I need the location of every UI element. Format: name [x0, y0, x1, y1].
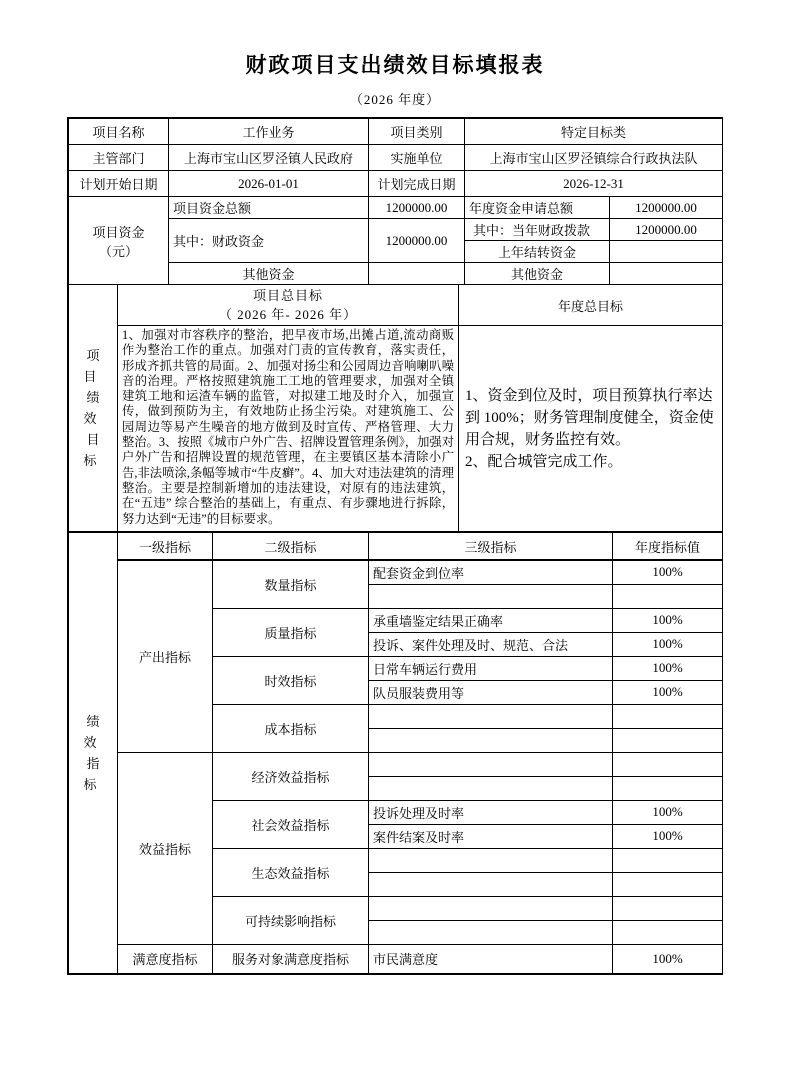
project-category-label: 项目类别: [369, 119, 465, 145]
column-header-annual-value: 年度指标值: [613, 532, 723, 560]
table-row: 主管部门 上海市宝山区罗泾镇人民政府 实施单位 上海市宝山区罗泾镇综合行政执法队: [69, 145, 723, 171]
table-row: 效益指标 经济效益指标: [69, 752, 723, 776]
performance-goal-table: 项目 绩效 目标 项目总目标 （ 2026 年- 2026 年） 年度总目标 1…: [68, 284, 723, 532]
current-allocation-value: 1200000.00: [610, 219, 723, 241]
level3-name-cell: 投诉处理及时率: [369, 800, 613, 824]
end-date-value: 2026-12-31: [465, 171, 723, 197]
level3-name-cell: 市民满意度: [369, 944, 613, 973]
goal-section-label: 项目 绩效 目标: [69, 285, 118, 532]
form-page: 财政项目支出绩效目标填报表 （2026 年度） 项目名称 工作业务 项目类别 特…: [0, 0, 790, 975]
annual-value-cell: 100%: [613, 800, 723, 824]
level3-name-cell: [369, 752, 613, 776]
level3-name-cell: [369, 920, 613, 944]
level3-name-cell: 投诉、案件处理及时、规范、合法: [369, 632, 613, 656]
annual-value-cell: 100%: [613, 656, 723, 680]
annual-request-value: 1200000.00: [610, 197, 723, 219]
table-row: 项目名称 工作业务 项目类别 特定目标类: [69, 119, 723, 145]
level2-indicator-cell: 社会效益指标: [213, 800, 369, 848]
table-row: 计划开始日期 2026-01-01 计划完成日期 2026-12-31: [69, 171, 723, 197]
level3-name-cell: [369, 584, 613, 608]
overall-goal-period: （ 2026 年- 2026 年）: [121, 305, 455, 324]
project-name-value: 工作业务: [169, 119, 369, 145]
annual-value-cell: 100%: [613, 632, 723, 656]
level2-indicator-cell: 经济效益指标: [213, 752, 369, 800]
department-value: 上海市宝山区罗泾镇人民政府: [169, 145, 369, 171]
table-row: 产出指标 数量指标 配套资金到位率 100%: [69, 560, 723, 584]
fiscal-funds-label: 其中：财政资金: [169, 219, 369, 263]
annual-request-label: 年度资金申请总额: [465, 197, 610, 219]
column-header-level2: 二级指标: [213, 532, 369, 560]
level2-indicator-cell: 时效指标: [213, 656, 369, 704]
annual-goal-line: 2、配合城管完成工作。: [465, 451, 716, 473]
funds-total-value: 1200000.00: [369, 197, 465, 219]
overall-goal-header: 项目总目标 （ 2026 年- 2026 年）: [118, 285, 459, 326]
project-category-value: 特定目标类: [465, 119, 723, 145]
level2-indicator-cell: 服务对象满意度指标: [213, 944, 369, 973]
annual-value-cell: 100%: [613, 560, 723, 584]
annual-value-cell: 100%: [613, 680, 723, 704]
other-funds-right-value: [610, 263, 723, 285]
indicators-table: 绩效 指标 一级指标 二级指标 三级指标 年度指标值 产出指标 数量指标 配套资…: [68, 531, 723, 974]
form-title: 财政项目支出绩效目标填报表: [0, 50, 790, 80]
table-row: 绩效 指标 一级指标 二级指标 三级指标 年度指标值: [69, 532, 723, 560]
annual-goal-line: 1、资金到位及时，项目预算执行率达到 100%；财务管理制度健全，资金使用合规，…: [465, 385, 716, 451]
indicators-section-label: 绩效 指标: [69, 532, 118, 973]
fiscal-funds-value: 1200000.00: [369, 219, 465, 263]
annual-value-cell: [613, 704, 723, 728]
level3-name-cell: 队员服装费用等: [369, 680, 613, 704]
current-allocation-label: 其中：当年财政拨款: [465, 219, 610, 241]
annual-goal-text: 1、资金到位及时，项目预算执行率达到 100%；财务管理制度健全，资金使用合规，…: [459, 326, 723, 532]
annual-value-cell: [613, 728, 723, 752]
annual-value-cell: 100%: [613, 608, 723, 632]
other-funds-left-value: [369, 263, 465, 285]
label-line: 指标: [72, 753, 114, 795]
level3-name-cell: [369, 872, 613, 896]
overall-goal-text: 1、加强对市容秩序的整治，把早夜市场,出摊占道,流动商贩作为整治工作的重点。加强…: [118, 326, 459, 532]
other-funds-right-label: 其他资金: [465, 263, 610, 285]
level3-name-cell: [369, 728, 613, 752]
label-line: （元）: [72, 241, 165, 260]
level3-name-cell: 承重墙鉴定结果正确率: [369, 608, 613, 632]
overall-goal-title: 项目总目标: [121, 286, 455, 305]
start-date-value: 2026-01-01: [169, 171, 369, 197]
funds-total-label: 项目资金总额: [169, 197, 369, 219]
annual-value-cell: [613, 848, 723, 872]
label-line: 绩效: [72, 711, 114, 753]
implement-unit-value: 上海市宝山区罗泾镇综合行政执法队: [465, 145, 723, 171]
level1-indicator-cell: 效益指标: [118, 752, 213, 944]
level3-name-cell: [369, 896, 613, 920]
form-year-subtitle: （2026 年度）: [0, 89, 790, 108]
form-table: 项目名称 工作业务 项目类别 特定目标类 主管部门 上海市宝山区罗泾镇人民政府 …: [67, 117, 723, 975]
level1-indicator-cell: 满意度指标: [118, 944, 213, 973]
column-header-level3: 三级指标: [369, 532, 613, 560]
annual-goal-header: 年度总目标: [459, 285, 723, 326]
level2-indicator-cell: 可持续影响指标: [213, 896, 369, 944]
level1-indicator-cell: 产出指标: [118, 560, 213, 752]
carryover-value: [610, 241, 723, 263]
annual-value-cell: [613, 872, 723, 896]
column-header-level1: 一级指标: [118, 532, 213, 560]
funds-table: 项目资金 （元） 项目资金总额 1200000.00 年度资金申请总额 1200…: [68, 196, 723, 285]
annual-value-cell: [613, 752, 723, 776]
start-date-label: 计划开始日期: [69, 171, 169, 197]
other-funds-left-label: 其他资金: [169, 263, 369, 285]
label-line: 目标: [72, 429, 114, 471]
annual-value-cell: 100%: [613, 944, 723, 973]
end-date-label: 计划完成日期: [369, 171, 465, 197]
annual-value-cell: [613, 776, 723, 800]
table-row: 项目资金 （元） 项目资金总额 1200000.00 年度资金申请总额 1200…: [69, 197, 723, 219]
label-line: 项目: [72, 345, 114, 387]
level3-name-cell: [369, 776, 613, 800]
table-row: 1、加强对市容秩序的整治，把早夜市场,出摊占道,流动商贩作为整治工作的重点。加强…: [69, 326, 723, 532]
annual-value-cell: [613, 920, 723, 944]
table-row: 满意度指标 服务对象满意度指标 市民满意度 100%: [69, 944, 723, 973]
level3-name-cell: 案件结案及时率: [369, 824, 613, 848]
implement-unit-label: 实施单位: [369, 145, 465, 171]
level3-name-cell: 日常车辆运行费用: [369, 656, 613, 680]
table-row: 项目 绩效 目标 项目总目标 （ 2026 年- 2026 年） 年度总目标: [69, 285, 723, 326]
annual-value-cell: 100%: [613, 824, 723, 848]
basic-info-table: 项目名称 工作业务 项目类别 特定目标类 主管部门 上海市宝山区罗泾镇人民政府 …: [68, 118, 723, 197]
funds-section-label: 项目资金 （元）: [69, 197, 169, 285]
label-line: 绩效: [72, 387, 114, 429]
label-line: 项目资金: [72, 222, 165, 241]
level2-indicator-cell: 质量指标: [213, 608, 369, 656]
carryover-label: 上年结转资金: [465, 241, 610, 263]
annual-value-cell: [613, 896, 723, 920]
project-name-label: 项目名称: [69, 119, 169, 145]
level2-indicator-cell: 生态效益指标: [213, 848, 369, 896]
level3-name-cell: [369, 704, 613, 728]
annual-value-cell: [613, 584, 723, 608]
department-label: 主管部门: [69, 145, 169, 171]
level2-indicator-cell: 数量指标: [213, 560, 369, 608]
level3-name-cell: 配套资金到位率: [369, 560, 613, 584]
level3-name-cell: [369, 848, 613, 872]
level2-indicator-cell: 成本指标: [213, 704, 369, 752]
